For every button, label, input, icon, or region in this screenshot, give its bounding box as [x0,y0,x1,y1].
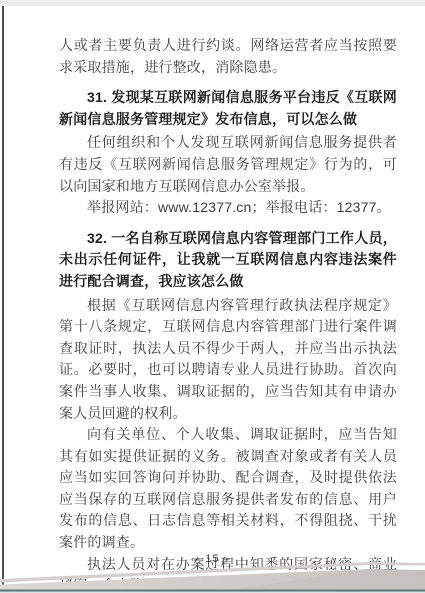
question-32-heading: 32. 一名自称互联网信息内容管理部门工作人员，未出示任何证件，让我就一互联网信… [59,228,397,293]
body-paragraph: 人或者主要负责人进行约谈。网络运营者应当按照要求采取措施，进行整改，消除隐患。 [59,35,397,78]
page-left-spine-border [2,6,4,586]
page-content: 人或者主要负责人进行约谈。网络运营者应当按照要求采取措施，进行整改，消除隐患。 … [59,35,397,593]
body-paragraph: 根据《互联网信息内容管理行政执法程序规定》第十八条规定，互联网信息内容管理部门进… [59,295,397,425]
bottom-rule [0,590,425,592]
footer-ribbon-decoration [0,553,425,593]
document-page: 人或者主要负责人进行约谈。网络运营者应当按照要求采取措施，进行整改，消除隐患。 … [0,0,425,593]
page-top-edge [0,0,425,6]
report-contact-line: 举报网站：www.12377.cn；举报电话：12377。 [59,197,397,219]
body-paragraph: 向有关单位、个人收集、调取证据时，应当告知其有如实提供证据的义务。被调查对象或者… [59,424,397,554]
question-31-heading: 31. 发现某互联网新闻信息服务平台违反《互联网新闻信息服务管理规定》发布信息，… [59,87,397,130]
body-paragraph: 任何组织和个人发现互联网新闻信息服务提供者有违反《互联网新闻信息服务管理规定》行… [59,132,397,197]
